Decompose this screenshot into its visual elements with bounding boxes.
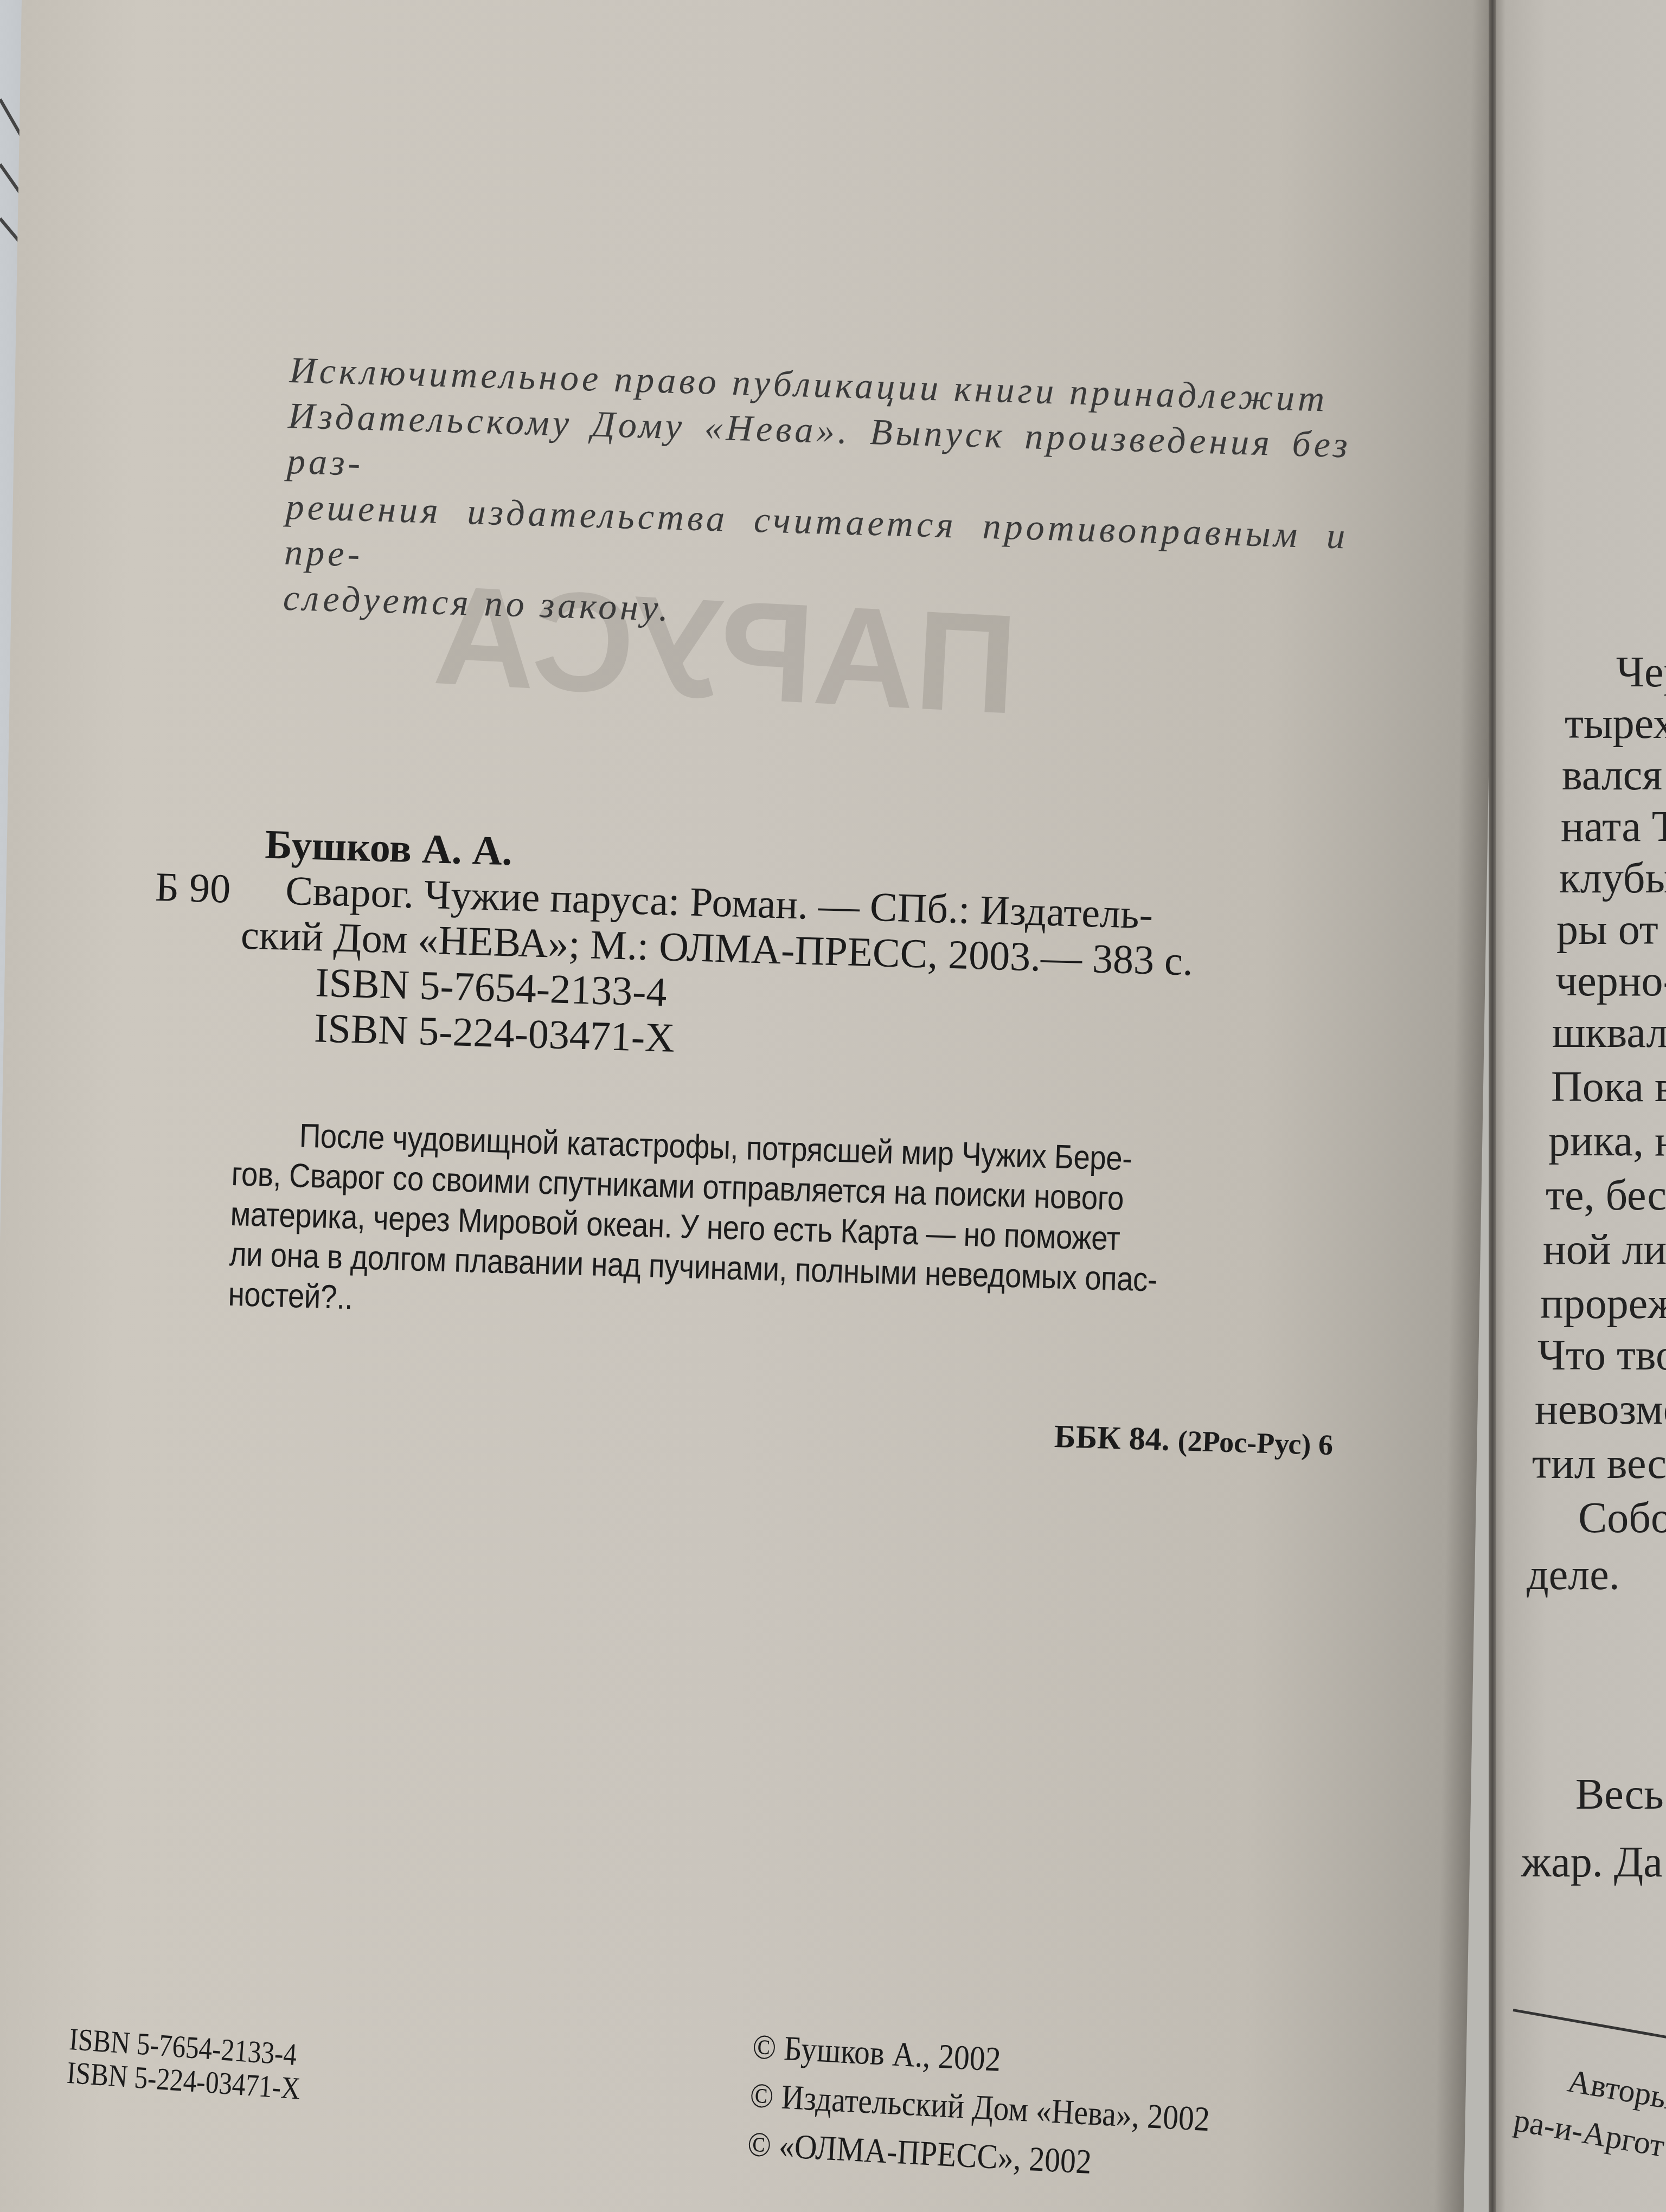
text-fragment: вался [1562,751,1662,800]
text-fragment: тырех [1565,699,1666,749]
text-fragment: Пока в [1551,1063,1666,1112]
text-fragment: тил вес [1532,1439,1666,1489]
text-fragment: невозмо [1535,1385,1666,1435]
text-fragment: Весь [1575,1770,1664,1819]
text-fragment: клубы [1559,854,1666,903]
text-fragment: черно- [1555,957,1666,1006]
text-fragment: те, бес [1546,1171,1666,1220]
footnote-fragment: Авторы [1565,2062,1666,2118]
text-fragment: шквал [1552,1008,1666,1058]
right-page-text: Чер тырех вался ната Т клубы ры от черно… [0,0,1666,2212]
text-fragment: Чер [1616,648,1666,697]
text-fragment: рика, н [1548,1117,1666,1166]
text-fragment: ной ли [1543,1225,1666,1275]
text-fragment: ры от [1556,905,1658,955]
text-fragment: Что тво [1537,1331,1666,1380]
footnote-separator [1513,2009,1666,2040]
text-fragment: Собо [1578,1494,1666,1543]
text-fragment: деле. [1527,1551,1620,1600]
text-fragment: ната Т [1561,802,1666,852]
text-fragment: жар. Да [1521,1838,1663,1887]
text-fragment: прореж [1540,1279,1666,1329]
